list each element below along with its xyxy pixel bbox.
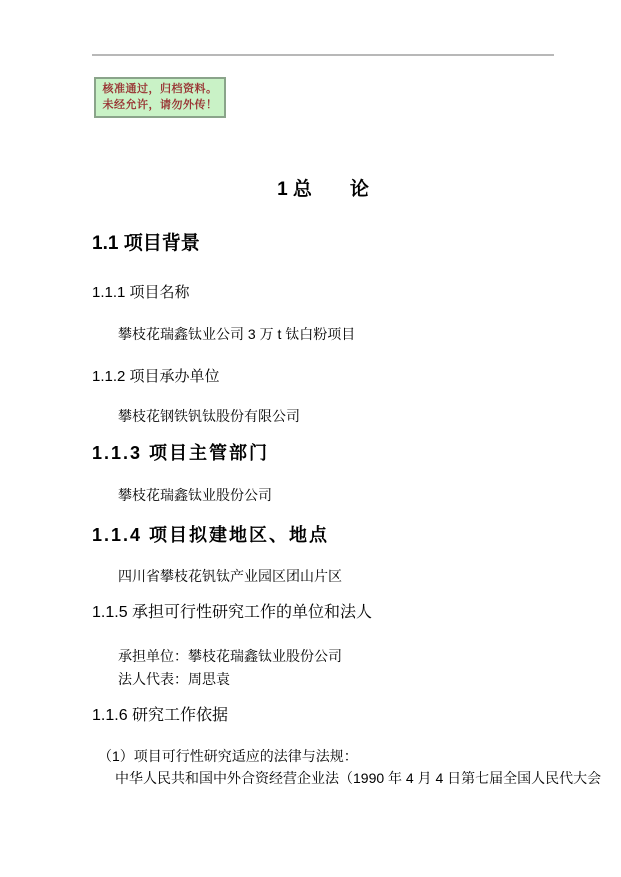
section-heading-1-1-2: 1.1.2 项目承办单位: [92, 368, 220, 385]
stamp-line-1: 核准通过，归档资料。: [103, 83, 218, 96]
paragraph-basis-intro: （1）项目可行性研究适应的法律与法规：: [98, 748, 358, 764]
section-heading-1-1-4: 1.1.4 项目拟建地区、地点: [92, 525, 329, 546]
section-heading-1-1: 1.1 项目背景: [92, 233, 200, 255]
paragraph-project-name: 攀枝花瑞鑫钛业公司 3 万 t 钛白粉项目: [118, 326, 355, 342]
paragraph-undertaker: 攀枝花钢铁钒钛股份有限公司: [118, 408, 300, 424]
paragraph-basis-law: 中华人民共和国中外合资经营企业法（1990 年 4 月 4 日第七届全国人民代大…: [115, 770, 601, 786]
section-heading-1-1-6: 1.1.6 研究工作依据: [92, 707, 228, 725]
header-divider: [92, 54, 554, 56]
chapter-title: 1 总 论: [92, 179, 554, 201]
paragraph-undertaking-unit: 承担单位：攀枝花瑞鑫钛业股份公司: [118, 648, 342, 664]
document-page: 核准通过，归档资料。 未经允许，请勿外传！ 1 总 论 1.1 项目背景 1.1…: [0, 0, 621, 877]
section-heading-1-1-1: 1.1.1 项目名称: [92, 284, 190, 301]
approval-stamp: 核准通过，归档资料。 未经允许，请勿外传！: [94, 77, 226, 118]
paragraph-supervisor: 攀枝花瑞鑫钛业股份公司: [118, 487, 272, 503]
stamp-line-2: 未经允许，请勿外传！: [103, 99, 218, 112]
section-heading-1-1-3: 1.1.3 项目主管部门: [92, 443, 269, 464]
section-heading-1-1-5: 1.1.5 承担可行性研究工作的单位和法人: [92, 604, 372, 622]
paragraph-location: 四川省攀枝花钒钛产业园区团山片区: [118, 568, 342, 584]
paragraph-legal-representative: 法人代表：周思袁: [118, 671, 230, 687]
